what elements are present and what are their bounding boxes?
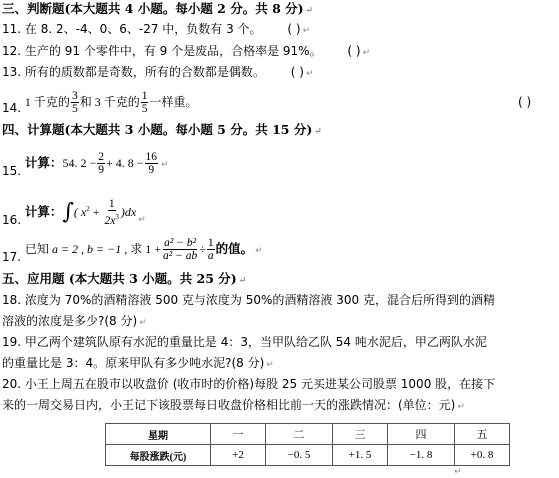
table-return-mark: ↵ — [452, 462, 462, 478]
numerator: 16 — [145, 151, 159, 164]
question-text: 18. 浓度为 70%的酒精溶液 500 克与浓度为 50%的酒精溶液 300 … — [2, 293, 495, 307]
expression-part: )dx — [121, 205, 136, 219]
question-text: 20. 小王上周五在股市以收盘价 (收市时的价格)每股 25 元买进某公司股票 … — [2, 377, 495, 391]
condition: a = 2 , b = −1 , — [52, 242, 130, 256]
question-18-line-1: 18. 浓度为 70%的酒精溶液 500 克与浓度为 50%的酒精溶液 300 … — [2, 292, 495, 308]
denominator: 5 — [71, 103, 79, 115]
stock-change-table: 星期 一 二 三 四 五 每股涨跌(元) +2 −0. 5 +1. 5 −1. … — [105, 423, 510, 466]
table-header-day: 二 — [266, 424, 333, 445]
question-19-line-1: 19. 甲乙两个建筑队原有水泥的重量比是 4：3，当甲队给乙队 54 吨水泥后，… — [2, 334, 487, 350]
question-number: 12. — [2, 44, 21, 58]
question-text: 在 8. 2、-4、0、6、-27 中，负数有 3 个。 — [25, 22, 262, 36]
expression-part: ( x — [74, 205, 86, 219]
expression-part: + 4. 8 − — [106, 156, 144, 170]
fraction-1-5: 15 — [141, 90, 149, 115]
denominator: 9 — [97, 164, 105, 176]
answer-blank[interactable]: ( ) — [291, 65, 304, 79]
question-text: 的重量比是 3：4。原来甲队有多少吨水泥?(8 分) — [2, 356, 264, 370]
table-header-day: 四 — [388, 424, 455, 445]
denominator: 5 — [141, 103, 149, 115]
table-row-label: 每股涨跌(元) — [106, 445, 211, 466]
question-text: 的值。 — [216, 242, 254, 256]
question-label: 计算： — [25, 205, 63, 219]
numerator: a² − b² — [163, 237, 197, 250]
table-row: 每股涨跌(元) +2 −0. 5 +1. 5 −1. 8 +0. 8 — [106, 445, 510, 466]
question-20-line-2: 来的一周交易日内，小王记下该股票每日收盘价格相比前一天的涨跌情况：(单位：元)↵ — [2, 397, 465, 415]
return-mark-icon: ↵ — [363, 48, 371, 58]
denominator: a² − ab — [162, 250, 198, 262]
table-header-day: 三 — [333, 424, 388, 445]
return-mark-icon: ↵ — [457, 402, 465, 412]
section-4-title-text: 四、计算题(本大题共 3 小题。每小题 5 分。共 15 分) — [2, 122, 312, 137]
table-header-row: 星期 一 二 三 四 五 — [106, 424, 510, 445]
question-text: 来的一周交易日内，小王记下该股票每日收盘价格相比前一天的涨跌情况：(单位：元) — [2, 398, 455, 412]
question-15: 15. 计算：54. 2 −29+ 4. 8 −169↵ — [2, 148, 169, 186]
return-mark-icon: ↵ — [306, 6, 314, 16]
denominator-base: 2x — [105, 215, 116, 227]
question-20-line-1: 20. 小王上周五在股市以收盘价 (收市时的价格)每股 25 元买进某公司股票 … — [2, 376, 495, 392]
question-label: 计算： — [25, 156, 63, 170]
fraction-3-5: 35 — [71, 90, 79, 115]
question-text: 和 3 千克的 — [80, 95, 140, 109]
section-5-title: 五、应用题 (本大题共 3 小题。共 25 分)↵ — [2, 271, 246, 289]
return-mark-icon: ↵ — [138, 215, 146, 225]
fraction-16-9: 169 — [145, 151, 159, 176]
numerator: 1 — [207, 237, 215, 250]
exponent: 3 — [115, 213, 119, 221]
denominator: 2x3 — [104, 211, 120, 227]
numerator: 1 — [141, 90, 149, 103]
fraction-1-over-2x3: 12x3 — [104, 198, 120, 227]
section-3-title-text: 三、判断题(本大题共 4 小题。每小题 2 分。共 8 分) — [2, 1, 304, 16]
denominator: a — [207, 250, 215, 262]
question-17: 17. 已知 a = 2 , b = −1 , 求 1 +a² − b²a² −… — [2, 234, 263, 272]
question-number: 11. — [2, 22, 21, 36]
question-11: 11. 在 8. 2、-4、0、6、-27 中，负数有 3 个。 ( )↵ — [2, 21, 310, 39]
return-mark-icon: ↵ — [314, 127, 322, 137]
table-cell: −1. 8 — [388, 445, 455, 466]
return-mark-icon: ↵ — [303, 26, 311, 36]
return-mark-icon: ↵ — [266, 360, 274, 370]
question-text: 生产的 91 个零件中，有 9 个是废品，合格率是 91%。 — [25, 44, 322, 58]
question-text: 溶液的浓度是多少?(8 分) — [2, 314, 137, 328]
return-mark-icon: ↵ — [255, 246, 263, 256]
table-header-label: 星期 — [106, 424, 211, 445]
return-mark-icon: ↵ — [306, 69, 314, 79]
table-header-day: 五 — [455, 424, 510, 445]
table-cell: +1. 5 — [333, 445, 388, 466]
fraction-1-over-a: 1a — [207, 237, 215, 262]
question-number: 16. — [2, 213, 21, 227]
table-cell: +0. 8 — [455, 445, 510, 466]
divide-operator: ÷ — [199, 242, 206, 256]
expression-part: 54. 2 − — [62, 156, 96, 170]
question-16: 16. 计算：∫( x2 + 12x3)dx↵ — [2, 194, 146, 235]
denominator: 9 — [147, 164, 155, 176]
table-cell: +2 — [211, 445, 266, 466]
question-number: 17. — [2, 250, 21, 264]
answer-blank[interactable]: ( ) — [287, 22, 300, 36]
answer-blank-14[interactable]: ( ) — [518, 94, 531, 110]
numerator: 3 — [71, 90, 79, 103]
question-text: 19. 甲乙两个建筑队原有水泥的重量比是 4：3，当甲队给乙队 54 吨水泥后，… — [2, 335, 487, 349]
question-14: 14. 1 千克的35和 3 千克的15一样重。 — [2, 88, 197, 122]
question-18-line-2: 溶液的浓度是多少?(8 分)↵ — [2, 313, 147, 331]
question-text: 已知 — [25, 242, 52, 256]
question-13: 13. 所有的质数都是奇数，所有的合数都是偶数。 ( )↵ — [2, 64, 314, 82]
numerator: 2 — [97, 151, 105, 164]
answer-blank[interactable]: ( ) — [347, 44, 360, 58]
question-text: 所有的质数都是奇数，所有的合数都是偶数。 — [25, 65, 265, 79]
numerator: 1 — [108, 198, 116, 211]
table-cell: −0. 5 — [266, 445, 333, 466]
section-3-title: 三、判断题(本大题共 4 小题。每小题 2 分。共 8 分)↵ — [2, 1, 313, 19]
answer-blank[interactable]: ( ) — [518, 95, 531, 109]
return-mark-icon: ↵ — [454, 467, 462, 477]
fraction-expression: a² − b²a² − ab — [162, 237, 198, 262]
question-19-line-2: 的重量比是 3：4。原来甲队有多少吨水泥?(8 分)↵ — [2, 355, 274, 373]
section-4-title: 四、计算题(本大题共 3 小题。每小题 5 分。共 15 分)↵ — [2, 122, 322, 140]
question-number: 15. — [2, 164, 21, 178]
section-5-title-text: 五、应用题 (本大题共 3 小题。共 25 分) — [2, 271, 237, 286]
return-mark-icon: ↵ — [239, 276, 247, 286]
question-12: 12. 生产的 91 个零件中，有 9 个是废品，合格率是 91%。 ( )↵ — [2, 43, 370, 61]
return-mark-icon: ↵ — [139, 318, 147, 328]
table-header-day: 一 — [211, 424, 266, 445]
operator: + — [90, 205, 103, 219]
question-number: 14. — [2, 101, 21, 115]
question-number: 13. — [2, 65, 21, 79]
question-text: 1 千克的 — [25, 95, 70, 109]
fraction-2-9: 29 — [97, 151, 105, 176]
integral-icon: ∫ — [62, 200, 73, 225]
return-mark-icon: ↵ — [161, 160, 169, 170]
question-text: 一样重。 — [149, 95, 197, 109]
question-text: 求 1 + — [130, 242, 161, 256]
